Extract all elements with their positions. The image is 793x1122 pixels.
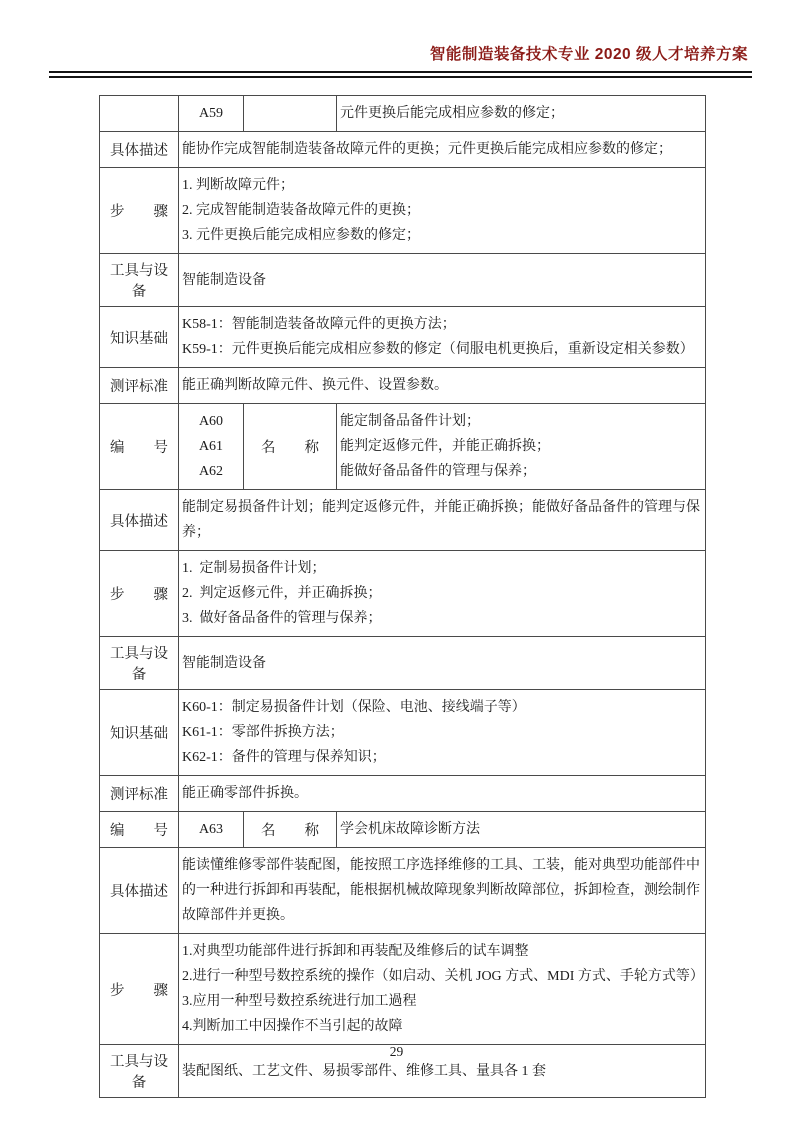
- row-label: 测评标准: [100, 776, 179, 812]
- row-label: 工具与设备: [100, 637, 179, 690]
- table-row: 编 号A63名 称学会机床故障诊断方法: [100, 812, 706, 848]
- row-label: 具体描述: [100, 490, 179, 551]
- table-row: 步 骤1. 定制易损备件计划；2. 判定返修元件，并正确拆换；3. 做好备品备件…: [100, 551, 706, 637]
- header-double-rule: [49, 71, 752, 78]
- content-line: 装配图纸、工艺文件、易损零部件、维修工具、量具各 1 套: [182, 1059, 702, 1084]
- table-row: 工具与设备智能制造设备: [100, 254, 706, 307]
- content-line: 3. 元件更换后能完成相应参数的修定；: [182, 223, 702, 248]
- row-label: 编 号: [100, 404, 179, 490]
- content-line: 能正确零部件拆换。: [182, 781, 702, 806]
- content-line: 能正确判断故障元件、换元件、设置参数。: [182, 373, 702, 398]
- content-line: 能定制备品备件计划；: [340, 409, 702, 434]
- content-cell: K58-1：智能制造装备故障元件的更换方法；K59-1：元件更换后能完成相应参数…: [179, 307, 706, 368]
- content-cell: 能正确零部件拆换。: [179, 776, 706, 812]
- content-line: 2. 判定返修元件，并正确拆换；: [182, 581, 702, 606]
- content-line: K58-1：智能制造装备故障元件的更换方法；: [182, 312, 702, 337]
- table-row: 具体描述能读懂维修零部件装配图，能按照工序选择维修的工具、工装，能对典型功能部件…: [100, 848, 706, 934]
- content-cell: 智能制造设备: [179, 254, 706, 307]
- row-label: 知识基础: [100, 307, 179, 368]
- content-cell: 1.对典型功能部件进行拆卸和再装配及维修后的试车调整2.进行一种型号数控系统的操…: [179, 934, 706, 1045]
- row-label: 步 骤: [100, 551, 179, 637]
- table-row: 步 骤1.对典型功能部件进行拆卸和再装配及维修后的试车调整2.进行一种型号数控系…: [100, 934, 706, 1045]
- content-cell: 能正确判断故障元件、换元件、设置参数。: [179, 368, 706, 404]
- table-row: 步 骤1. 判断故障元件；2. 完成智能制造装备故障元件的更换；3. 元件更换后…: [100, 168, 706, 254]
- content-line: 3.应用一种型号数控系统进行加工過程: [182, 989, 702, 1014]
- row-label: 步 骤: [100, 168, 179, 254]
- table-row: A59元件更换后能完成相应参数的修定；: [100, 96, 706, 132]
- task-table-body: A59元件更换后能完成相应参数的修定；具体描述能协作完成智能制造装备故障元件的更…: [100, 96, 706, 1098]
- content-line: 能判定返修元件，并能正确拆换；: [340, 434, 702, 459]
- content-line: K62-1：备件的管理与保养知识；: [182, 745, 702, 770]
- header-title: 智能制造装备技术专业 2020 级人才培养方案: [430, 42, 748, 64]
- content-line: 能做好备品备件的管理与保养；: [340, 459, 702, 484]
- content-cell: 元件更换后能完成相应参数的修定；: [337, 96, 706, 132]
- row-label: 具体描述: [100, 848, 179, 934]
- row-label: 工具与设备: [100, 254, 179, 307]
- task-table: A59元件更换后能完成相应参数的修定；具体描述能协作完成智能制造装备故障元件的更…: [99, 95, 706, 1098]
- content-cell: 能定制备品备件计划；能判定返修元件，并能正确拆换；能做好备品备件的管理与保养；: [337, 404, 706, 490]
- table-row: 知识基础K60-1：制定易损备件计划（保险、电池、接线端子等）K61-1：零部件…: [100, 690, 706, 776]
- row-label: 具体描述: [100, 132, 179, 168]
- code-value: A61: [182, 434, 240, 459]
- content-line: 智能制造设备: [182, 651, 702, 676]
- content-cell: 能制定易损备件计划；能判定返修元件，并能正确拆换；能做好备品备件的管理与保养；: [179, 490, 706, 551]
- code-value: A62: [182, 459, 240, 484]
- content-cell: K60-1：制定易损备件计划（保险、电池、接线端子等）K61-1：零部件拆换方法…: [179, 690, 706, 776]
- content-cell: 学会机床故障诊断方法: [337, 812, 706, 848]
- content-line: K59-1：元件更换后能完成相应参数的修定（伺服电机更换后，重新设定相关参数）: [182, 337, 702, 362]
- table-row: 测评标准能正确零部件拆换。: [100, 776, 706, 812]
- content-cell: 智能制造设备: [179, 637, 706, 690]
- row-label: 知识基础: [100, 690, 179, 776]
- content-line: 1. 判断故障元件；: [182, 173, 702, 198]
- table-row: 具体描述能制定易损备件计划；能判定返修元件，并能正确拆换；能做好备品备件的管理与…: [100, 490, 706, 551]
- code-cell: A60A61A62: [179, 404, 244, 490]
- content-line: 智能制造设备: [182, 268, 702, 293]
- name-label-cell: 名 称: [244, 404, 337, 490]
- table-row: 具体描述能协作完成智能制造装备故障元件的更换；元件更换后能完成相应参数的修定；: [100, 132, 706, 168]
- code-cell: A59: [179, 96, 244, 132]
- code-cell: A63: [179, 812, 244, 848]
- code-value: A59: [182, 101, 240, 126]
- content-cell: 1. 判断故障元件；2. 完成智能制造装备故障元件的更换；3. 元件更换后能完成…: [179, 168, 706, 254]
- table-row: 测评标准能正确判断故障元件、换元件、设置参数。: [100, 368, 706, 404]
- code-value: A60: [182, 409, 240, 434]
- content-line: 1.对典型功能部件进行拆卸和再装配及维修后的试车调整: [182, 939, 702, 964]
- table-row: 工具与设备智能制造设备: [100, 637, 706, 690]
- row-label: 步 骤: [100, 934, 179, 1045]
- content-line: 能读懂维修零部件装配图，能按照工序选择维修的工具、工装，能对典型功能部件中的一种…: [182, 853, 702, 928]
- content-line: 1. 定制易损备件计划；: [182, 556, 702, 581]
- content-line: 4.判断加工中因操作不当引起的故障: [182, 1014, 702, 1039]
- row-label: 测评标准: [100, 368, 179, 404]
- content-line: K60-1：制定易损备件计划（保险、电池、接线端子等）: [182, 695, 702, 720]
- table-row: 知识基础K58-1：智能制造装备故障元件的更换方法；K59-1：元件更换后能完成…: [100, 307, 706, 368]
- content-cell: 1. 定制易损备件计划；2. 判定返修元件，并正确拆换；3. 做好备品备件的管理…: [179, 551, 706, 637]
- row-label: [100, 96, 179, 132]
- content-line: 3. 做好备品备件的管理与保养；: [182, 606, 702, 631]
- content-line: 元件更换后能完成相应参数的修定；: [340, 101, 702, 126]
- content-cell: 能读懂维修零部件装配图，能按照工序选择维修的工具、工装，能对典型功能部件中的一种…: [179, 848, 706, 934]
- content-line: 能协作完成智能制造装备故障元件的更换；元件更换后能完成相应参数的修定；: [182, 137, 702, 162]
- name-label-cell: [244, 96, 337, 132]
- table-row: 编 号A60A61A62名 称能定制备品备件计划；能判定返修元件，并能正确拆换；…: [100, 404, 706, 490]
- content-line: 2.进行一种型号数控系统的操作（如启动、关机 JOG 方式、MDI 方式、手轮方…: [182, 964, 702, 989]
- name-label-cell: 名 称: [244, 812, 337, 848]
- content-line: 能制定易损备件计划；能判定返修元件，并能正确拆换；能做好备品备件的管理与保养；: [182, 495, 702, 545]
- document-page: 智能制造装备技术专业 2020 级人才培养方案 A59元件更换后能完成相应参数的…: [0, 0, 793, 1122]
- row-label: 编 号: [100, 812, 179, 848]
- code-value: A63: [182, 817, 240, 842]
- content-cell: 能协作完成智能制造装备故障元件的更换；元件更换后能完成相应参数的修定；: [179, 132, 706, 168]
- page-number: 29: [0, 1044, 793, 1060]
- content-line: 2. 完成智能制造装备故障元件的更换；: [182, 198, 702, 223]
- content-line: K61-1：零部件拆换方法；: [182, 720, 702, 745]
- content-line: 学会机床故障诊断方法: [340, 817, 702, 842]
